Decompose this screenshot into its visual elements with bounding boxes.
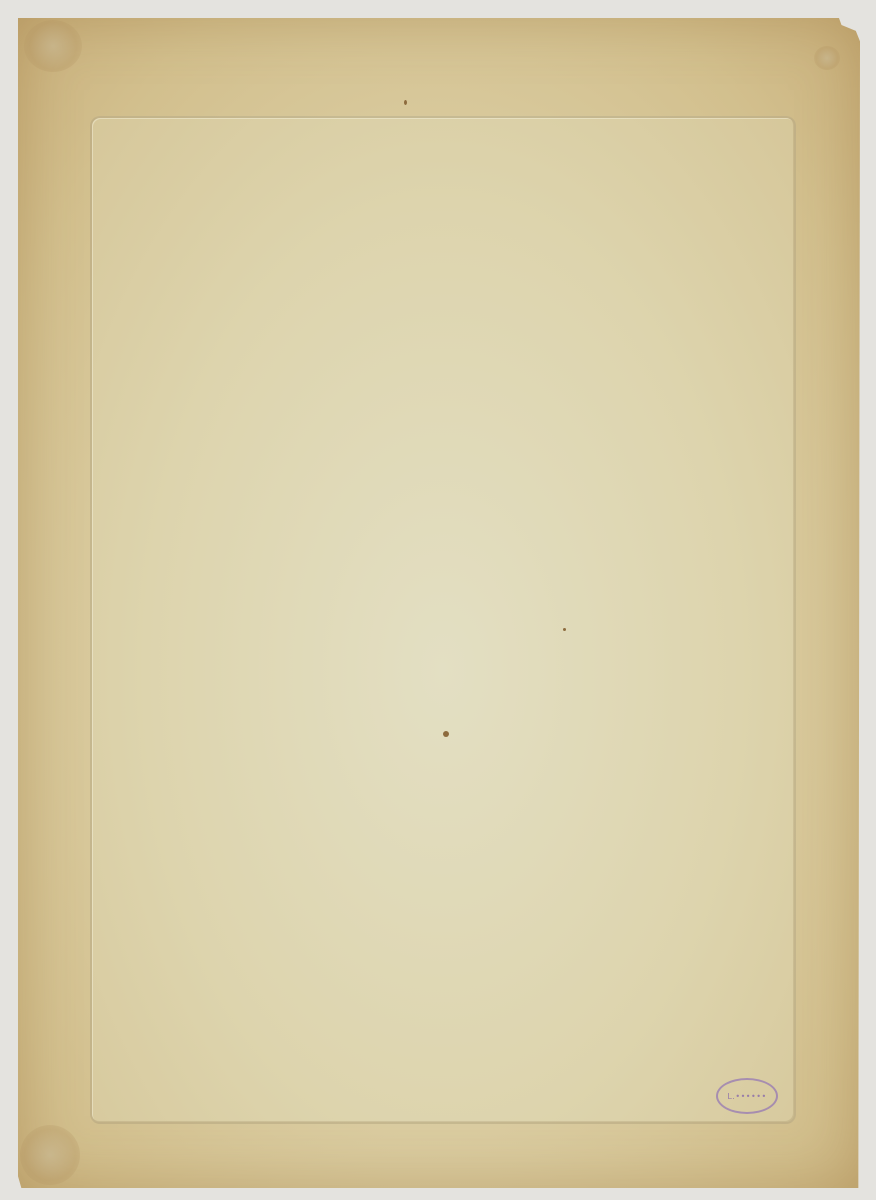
foxing-speck [404, 100, 407, 105]
plate-mark [90, 116, 796, 1124]
foxing-speck [563, 628, 566, 631]
collector-stamp: L.•••••• [716, 1078, 778, 1114]
stamp-text: L.•••••• [727, 1092, 766, 1101]
stain-bottom-left [20, 1125, 80, 1185]
foxing-speck [443, 731, 449, 737]
stain-top-left [24, 20, 82, 72]
stain-top-right [814, 46, 840, 70]
